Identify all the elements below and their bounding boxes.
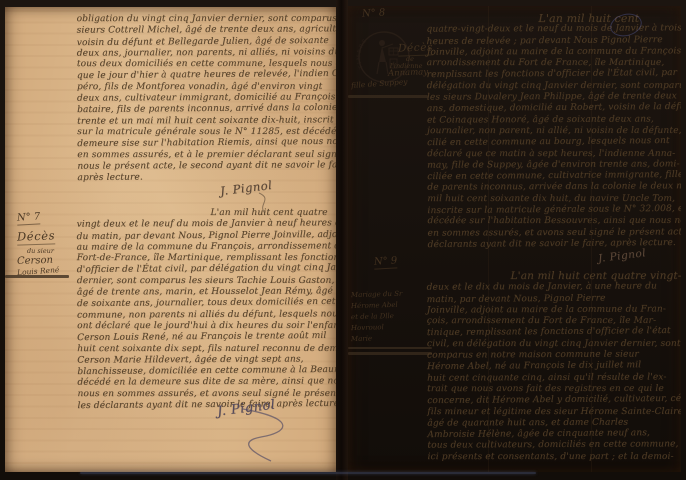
manuscript-line: civil, en délégation du vingt cinq Janvi… bbox=[427, 339, 677, 351]
act-type-label: Décès bbox=[17, 228, 56, 245]
manuscript-line: péro, fils de Montforea vonadin, âgé d'e… bbox=[77, 82, 331, 94]
entry-9-text: L'an mil huit cent quatre vingt-deux et … bbox=[426, 270, 677, 463]
manuscript-line: ici présents et consentants, d'une part … bbox=[427, 452, 677, 464]
entry-number: N° 7 bbox=[17, 211, 41, 225]
manuscript-line: obligation du vingt cinq Janvier dernier… bbox=[77, 14, 331, 26]
manuscript-line: huit cent soixante dix sept, fils nature… bbox=[77, 343, 331, 355]
manuscript-line: demeure sise sur l'habitation Riemis, ai… bbox=[77, 137, 331, 151]
manuscript-line: après lecture. bbox=[77, 171, 331, 185]
manuscript-line: fils mineur et légitime des sieur Hérome… bbox=[427, 406, 677, 418]
manuscript-line: concerne, dit Hérome Abel y domicilié, c… bbox=[427, 394, 677, 407]
manuscript-line: Cerson Louis René, né au François le tre… bbox=[77, 331, 331, 345]
scanned-register-spread: obligation du vingt cinq Janvier dernier… bbox=[0, 0, 686, 480]
svg-text:TIMBRE: TIMBRE bbox=[356, 37, 369, 69]
entry-number: N° 9 bbox=[374, 255, 398, 269]
margin-rule bbox=[5, 275, 69, 278]
right-page: N° 8 TIMBRE 4 Décès de l'indienne Annama… bbox=[348, 6, 681, 472]
manuscript-line: de parents inconnus, arrivée dans la col… bbox=[427, 182, 677, 195]
entry-7-text: L'an mil huit cent quatrevingt deux et l… bbox=[76, 207, 331, 412]
manuscript-line: ciliée en cette commune, cultivatrice im… bbox=[427, 170, 677, 183]
manuscript-line: que le jour d'hier à quatre heures de re… bbox=[77, 69, 331, 83]
manuscript-line: Marie bbox=[351, 332, 435, 345]
manuscript-line: matin, par devant Nous, Pignol Pierre bbox=[427, 293, 677, 306]
manuscript-line: L'an mil huit cent quatre vingt- bbox=[427, 271, 677, 283]
manuscript-line: décédé en la demeure sus dite de sa mère… bbox=[77, 377, 331, 390]
manuscript-line: L'an mil huit cent quatre bbox=[76, 208, 330, 220]
manuscript-line: délégation du vingt cinq Janvier dernier… bbox=[427, 81, 677, 93]
binding-gutter bbox=[336, 0, 348, 480]
left-page: obligation du vingt cinq Janvier dernier… bbox=[5, 7, 336, 472]
manuscript-line: remplissant les fonctions d'officier de … bbox=[427, 68, 677, 81]
manuscript-line: huit cent cinquante cinq, ainsi qu'il ré… bbox=[427, 372, 677, 385]
margin-rule bbox=[348, 352, 432, 355]
entry-continuation-text: obligation du vingt cinq Janvier dernier… bbox=[77, 13, 332, 184]
manuscript-line: déclaré que ce matin à sept heures, l'in… bbox=[427, 148, 677, 160]
ink-smear bbox=[80, 472, 536, 474]
margin-rule bbox=[348, 347, 432, 349]
manuscript-line: du matin, par devant Nous, Pignol Pierre… bbox=[77, 229, 331, 243]
manuscript-line: voisin du défunt et Bellegarde Julien, â… bbox=[77, 35, 331, 49]
manuscript-line: d'officier de l'État civil, par délégati… bbox=[77, 263, 331, 277]
manuscript-line: décédée sur l'habitation Bessouvres, ain… bbox=[427, 216, 677, 228]
manuscript-line: les déclarants ayant dit ne savoir le fa… bbox=[77, 399, 331, 413]
manuscript-line: en sommes assurés, et à le premier décla… bbox=[77, 149, 331, 161]
manuscript-line: heures de relevée ; par devant Nous Pign… bbox=[426, 35, 676, 48]
manuscript-line: dernier, sont comparus les sieurs Tachie… bbox=[77, 276, 331, 288]
manuscript-line: cilié en cette commune au bourg, lesquel… bbox=[427, 136, 677, 149]
manuscript-line: commune, non parents ni alliés du défunt… bbox=[77, 309, 331, 322]
manuscript-line: trente et un mai mil huit cent soixante … bbox=[77, 115, 331, 128]
entry-8-text: L'an mil huit centquatre-vingt-deux et l… bbox=[426, 12, 677, 251]
manuscript-line: tinique, remplissant les fonctions d'off… bbox=[427, 326, 677, 339]
margin-rule bbox=[348, 95, 428, 98]
manuscript-line: tous deux cultivateurs, domiciliés en ce… bbox=[427, 440, 677, 453]
margin-note-entry-7: N° 7 Décès du sieur Cerson Louis René bbox=[17, 205, 77, 275]
margin-note-entry-9: Mariage du SrHérome Abelet de la DlleHov… bbox=[351, 289, 435, 344]
entry-number: N° 8 bbox=[362, 7, 386, 20]
manuscript-line: et Coinaques Honoré, âgé de soixante deu… bbox=[427, 114, 677, 127]
manuscript-line: Ambroisie Hélène, âgée de cinquante neuf… bbox=[427, 428, 677, 441]
